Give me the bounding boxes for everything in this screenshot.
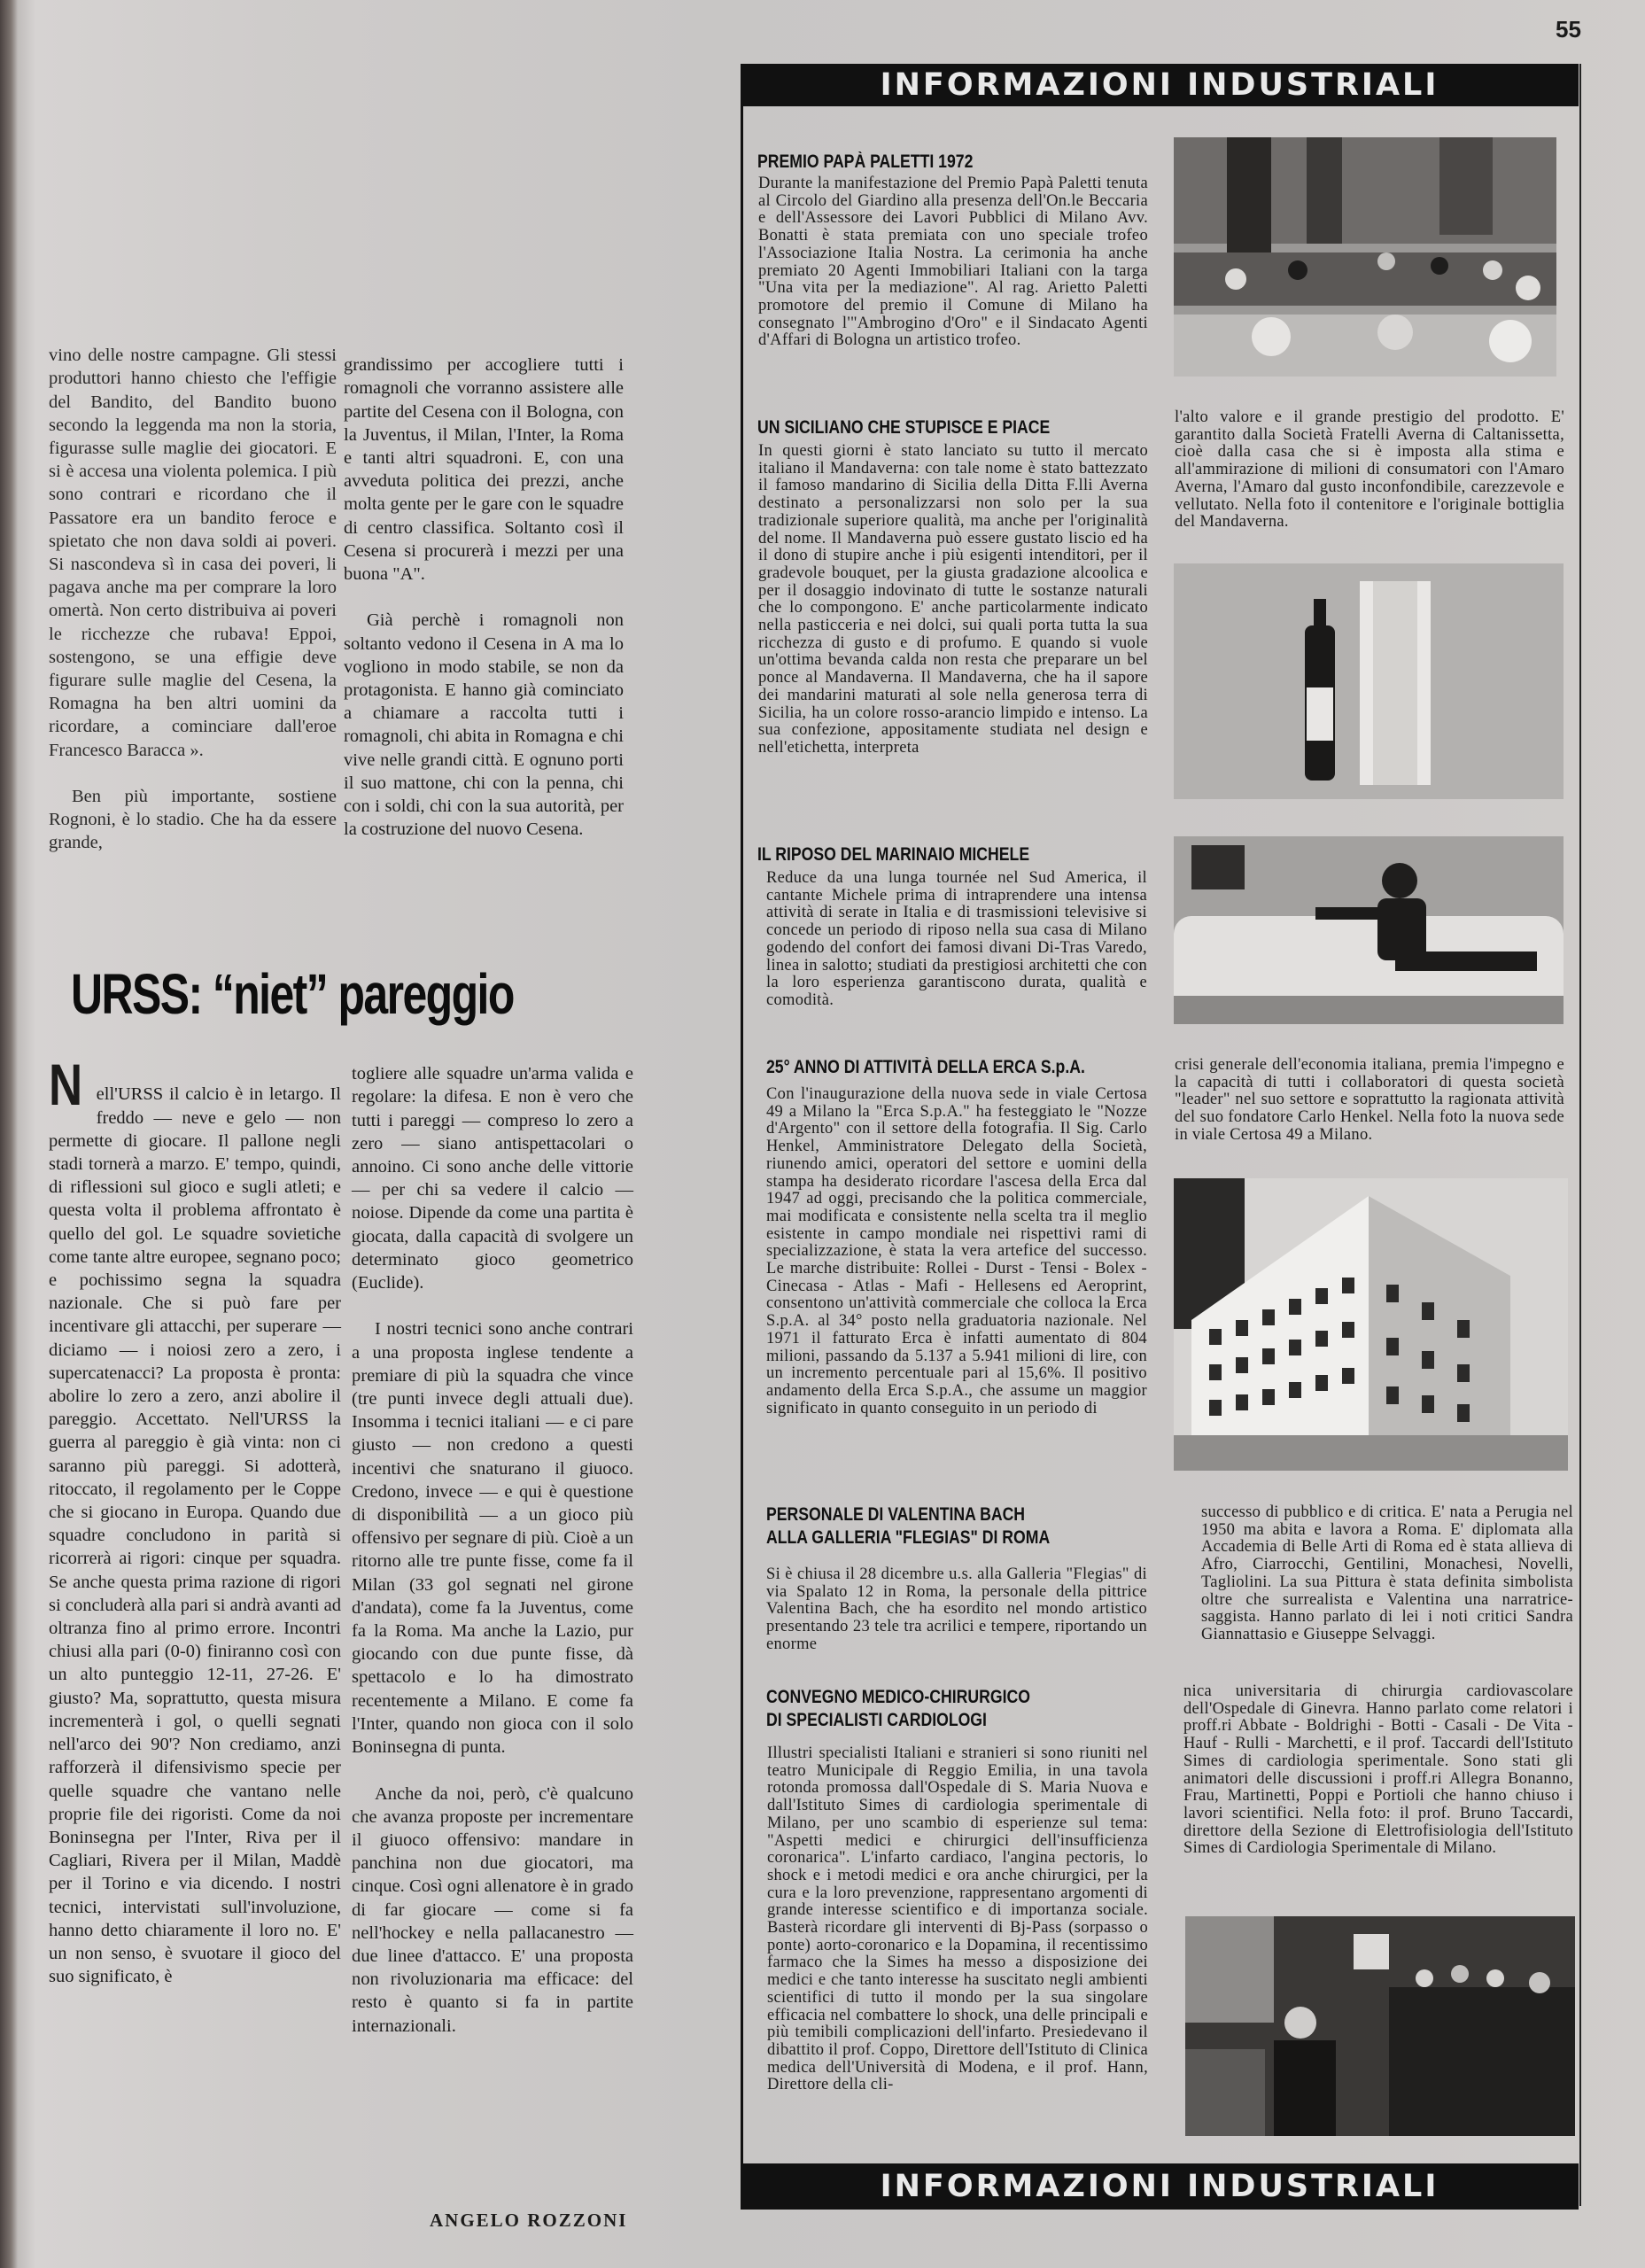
award-ceremony-photo (1174, 137, 1556, 377)
section-title: PREMIO PAPÀ PALETTI 1972 (757, 151, 973, 174)
erca-building-photo (1174, 1178, 1568, 1471)
section-body-continued: l'alto valore e il grande prestigio del … (1175, 409, 1564, 532)
section-body: Si è chiusa il 28 dicembre u.s. alla Gal… (766, 1566, 1147, 1654)
paragraph: ell'URSS il calcio è in letargo. Il fred… (49, 1084, 341, 1986)
conference-panel-photo (1185, 1916, 1575, 2136)
section-title: PERSONALE DI VALENTINA BACH (766, 1503, 1025, 1526)
section-body: Illustri specialisti Italiani e stranier… (767, 1745, 1148, 2094)
binding-shadow (0, 0, 18, 2268)
mandaverna-bottle-photo (1174, 563, 1564, 799)
paragraph: I nostri tecnici sono anche contrari a u… (352, 1317, 633, 1759)
section-body: Con l'inaugurazione della nuova sede in … (766, 1086, 1147, 1417)
section-title: UN SICILIANO CHE STUPISCE E PIACE (757, 416, 1050, 439)
paragraph: togliere alle squadre un'arma valida e r… (352, 1062, 633, 1294)
paragraph: Già perchè i romagnoli non soltanto vedo… (344, 609, 624, 841)
cesena-article-column-1: vino delle nostre campagne. Gli stessi p… (49, 321, 337, 878)
section-body: In questi giorni è stato lanciato su tut… (758, 443, 1148, 757)
section-body-continued: successo di pubblico e di critica. E' na… (1201, 1504, 1573, 1644)
panel-banner-top: INFORMAZIONI INDUSTRIALI (741, 64, 1579, 106)
page-number: 55 (1556, 16, 1581, 43)
panel-banner-bottom: INFORMAZIONI INDUSTRIALI (741, 2163, 1579, 2210)
urss-article-column-2: togliere alle squadre un'arma valida e r… (352, 1039, 633, 2061)
author-byline: ANGELO ROZZONI (430, 2210, 627, 2232)
paragraph: Anche da noi, però, c'è qualcuno che ava… (352, 1783, 633, 2038)
section-body: Reduce da una lunga tournée nel Sud Amer… (766, 870, 1147, 1010)
cesena-article-column-2: grandissimo per accogliere tutti i romag… (344, 330, 624, 865)
singer-on-sofa-photo (1174, 836, 1564, 1024)
section-title: IL RIPOSO DEL MARINAIO MICHELE (757, 843, 1029, 866)
section-title: 25° ANNO DI ATTIVITÀ DELLA ERCA S.p.A. (766, 1056, 1085, 1079)
drop-cap: N (49, 1061, 82, 1107)
section-title-line-2: ALLA GALLERIA "FLEGIAS" DI ROMA (766, 1526, 1050, 1550)
section-title-line-2: DI SPECIALISTI CARDIOLOGI (766, 1709, 987, 1732)
paragraph: vino delle nostre campagne. Gli stessi p… (49, 344, 337, 762)
section-title: CONVEGNO MEDICO-CHIRURGICO (766, 1686, 1030, 1709)
urss-headline: URSS: “niet” pareggio (71, 961, 514, 1027)
section-body: Durante la manifestazione del Premio Pap… (758, 175, 1148, 350)
section-body-continued: crisi generale dell'economia italiana, p… (1175, 1057, 1564, 1145)
paragraph: Ben più importante, sostiene Rognoni, è … (49, 785, 337, 855)
section-body-continued: nica universitaria di chirurgia cardiova… (1183, 1683, 1573, 1858)
urss-article-column-1: N ell'URSS il calcio è in letargo. Il fr… (49, 1037, 341, 1988)
paragraph: grandissimo per accogliere tutti i romag… (344, 353, 624, 586)
